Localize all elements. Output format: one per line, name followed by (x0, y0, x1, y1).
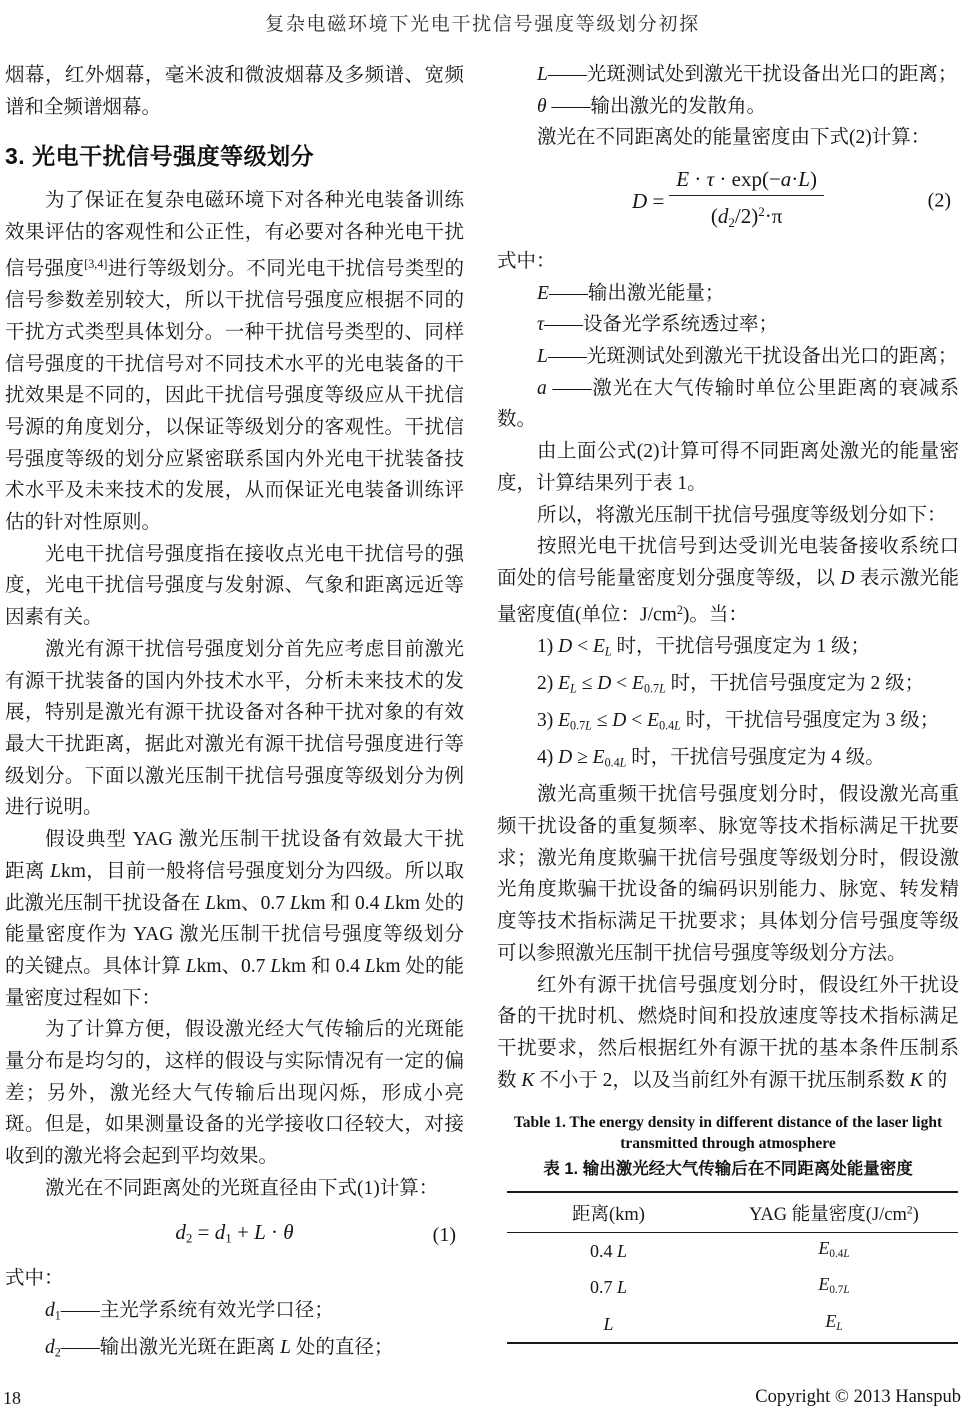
paragraph: 为了保证在复杂电磁环境下对各种光电装备训练效果评估的客观性和公正性，有必要对各种… (5, 185, 464, 538)
equation-number: (1) (433, 1217, 456, 1253)
section-heading: 3. 光电干扰信号强度等级划分 (5, 140, 464, 173)
table-row: 0.7 L E0.7L (507, 1269, 958, 1305)
symbol-definition: L——光斑测试处到激光干扰设备出光口的距离； (497, 59, 959, 91)
equation-number: (2) (928, 190, 951, 213)
cell-energy: EL (710, 1306, 958, 1343)
column-header-energy-density: YAG 能量密度(J/cm2) (710, 1192, 958, 1233)
running-head-title: 复杂电磁环境下光电干扰信号强度等级划分初探 (0, 9, 965, 36)
paragraph: 激光有源干扰信号强度划分首先应考虑目前激光有源干扰装备的国内外技术水平，分析未来… (5, 634, 464, 824)
equation-1-body: d2 = d1 + L · θ (175, 1220, 293, 1244)
copyright-notice: Copyright © 2013 Hanspub (755, 1387, 961, 1408)
paragraph: 激光在不同距离处的光斑直径由下式(1)计算： (5, 1173, 464, 1205)
grade-item-4: 4) D ≥ E0.4L 时，干扰信号强度定为 4 级。 (497, 742, 959, 779)
table-caption-en: Table 1. The energy density in different… (497, 1112, 959, 1154)
grade-item-3: 3) E0.7L ≤ D < E0.4L 时，干扰信号强度定为 3 级； (497, 705, 959, 742)
paragraph: 所以，将激光压制干扰信号强度等级划分如下： (497, 500, 959, 532)
paragraph: 假设典型 YAG 激光压制干扰设备有效最大干扰距离 Lkm，目前一般将信号强度划… (5, 824, 464, 1014)
table-row: L EL (507, 1306, 958, 1343)
equation-2-fraction: E · τ · exp(−a·L) (d2/2)2·π (669, 166, 824, 236)
symbol-definition: d2——输出激光光斑在距离 L 处的直径； (5, 1332, 464, 1369)
cell-energy: E0.4L (710, 1233, 958, 1270)
paragraph: 激光在不同距离处的能量密度由下式(2)计算： (497, 122, 959, 154)
paragraph: 由上面公式(2)计算可得不同距离处激光的能量密度，计算结果列于表 1。 (497, 436, 959, 499)
equation-1: d2 = d1 + L · θ (1) (5, 1214, 464, 1257)
table-row: 0.4 L E0.4L (507, 1233, 958, 1270)
symbol-definition: θ ——输出激光的发散角。 (497, 91, 959, 123)
page-number: 18 (3, 1388, 21, 1409)
paragraph-smoke: 烟幕，红外烟幕，毫米波和微波烟幕及多频谱、宽频谱和全频谱烟幕。 (5, 60, 464, 123)
cell-distance: L (507, 1306, 710, 1343)
symbol-definition: τ——设备光学系统透过率； (497, 309, 959, 341)
right-column: L——光斑测试处到激光干扰设备出光口的距离； θ ——输出激光的发散角。 激光在… (497, 59, 959, 1344)
where-label: 式中： (497, 246, 959, 278)
where-label: 式中： (5, 1263, 464, 1295)
cell-distance: 0.4 L (507, 1233, 710, 1270)
grade-item-1: 1) D < EL 时，干扰信号强度定为 1 级； (497, 631, 959, 668)
cell-distance: 0.7 L (507, 1269, 710, 1305)
left-column: 烟幕，红外烟幕，毫米波和微波烟幕及多频谱、宽频谱和全频谱烟幕。 3. 光电干扰信… (5, 60, 464, 1369)
equation-2: D = E · τ · exp(−a·L) (d2/2)2·π (2) (497, 166, 959, 236)
document-page: 复杂电磁环境下光电干扰信号强度等级划分初探 烟幕，红外烟幕，毫米波和微波烟幕及多… (0, 0, 965, 1414)
fraction-numerator: E · τ · exp(−a·L) (669, 166, 824, 196)
paragraph: 光电干扰信号强度指在接收点光电干扰信号的强度，光电干扰信号强度与发射源、气象和距… (5, 539, 464, 634)
table-caption-cn: 表 1. 输出激光经大气传输后在不同距离处能量密度 (497, 1157, 959, 1181)
column-header-distance: 距离(km) (507, 1192, 710, 1233)
paragraph: 为了计算方便，假设激光经大气传输后的光斑能量分布是均匀的，这样的假设与实际情况有… (5, 1014, 464, 1173)
grade-item-2: 2) EL ≤ D < E0.7L 时，干扰信号强度定为 2 级； (497, 668, 959, 705)
paragraph: 红外有源干扰信号强度划分时，假设红外干扰设备的干扰时机、燃烧时间和投放速度等技术… (497, 970, 959, 1097)
table-1-grid: 距离(km) YAG 能量密度(J/cm2) 0.4 L E0.4L 0.7 L… (507, 1191, 958, 1343)
table-header-row: 距离(km) YAG 能量密度(J/cm2) (507, 1192, 958, 1233)
symbol-definition: L——光斑测试处到激光干扰设备出光口的距离； (497, 341, 959, 373)
table-1: Table 1. The energy density in different… (497, 1112, 959, 1343)
paragraph: 激光高重频干扰信号强度划分时，假设激光高重频干扰设备的重复频率、脉宽等技术指标满… (497, 779, 959, 969)
symbol-definition: a ——激光在大气传输时单位公里距离的衰减系数。 (497, 373, 959, 436)
equation-2-lhs: D = (632, 189, 664, 214)
symbol-definition: d1——主光学系统有效光学口径； (5, 1295, 464, 1332)
cell-energy: E0.7L (710, 1269, 958, 1305)
fraction-denominator: (d2/2)2·π (669, 196, 824, 236)
paragraph: 按照光电干扰信号到达受训光电装备接收系统口面处的信号能量密度划分强度等级，以 D… (497, 531, 959, 631)
symbol-definition: E——输出激光能量； (497, 278, 959, 310)
